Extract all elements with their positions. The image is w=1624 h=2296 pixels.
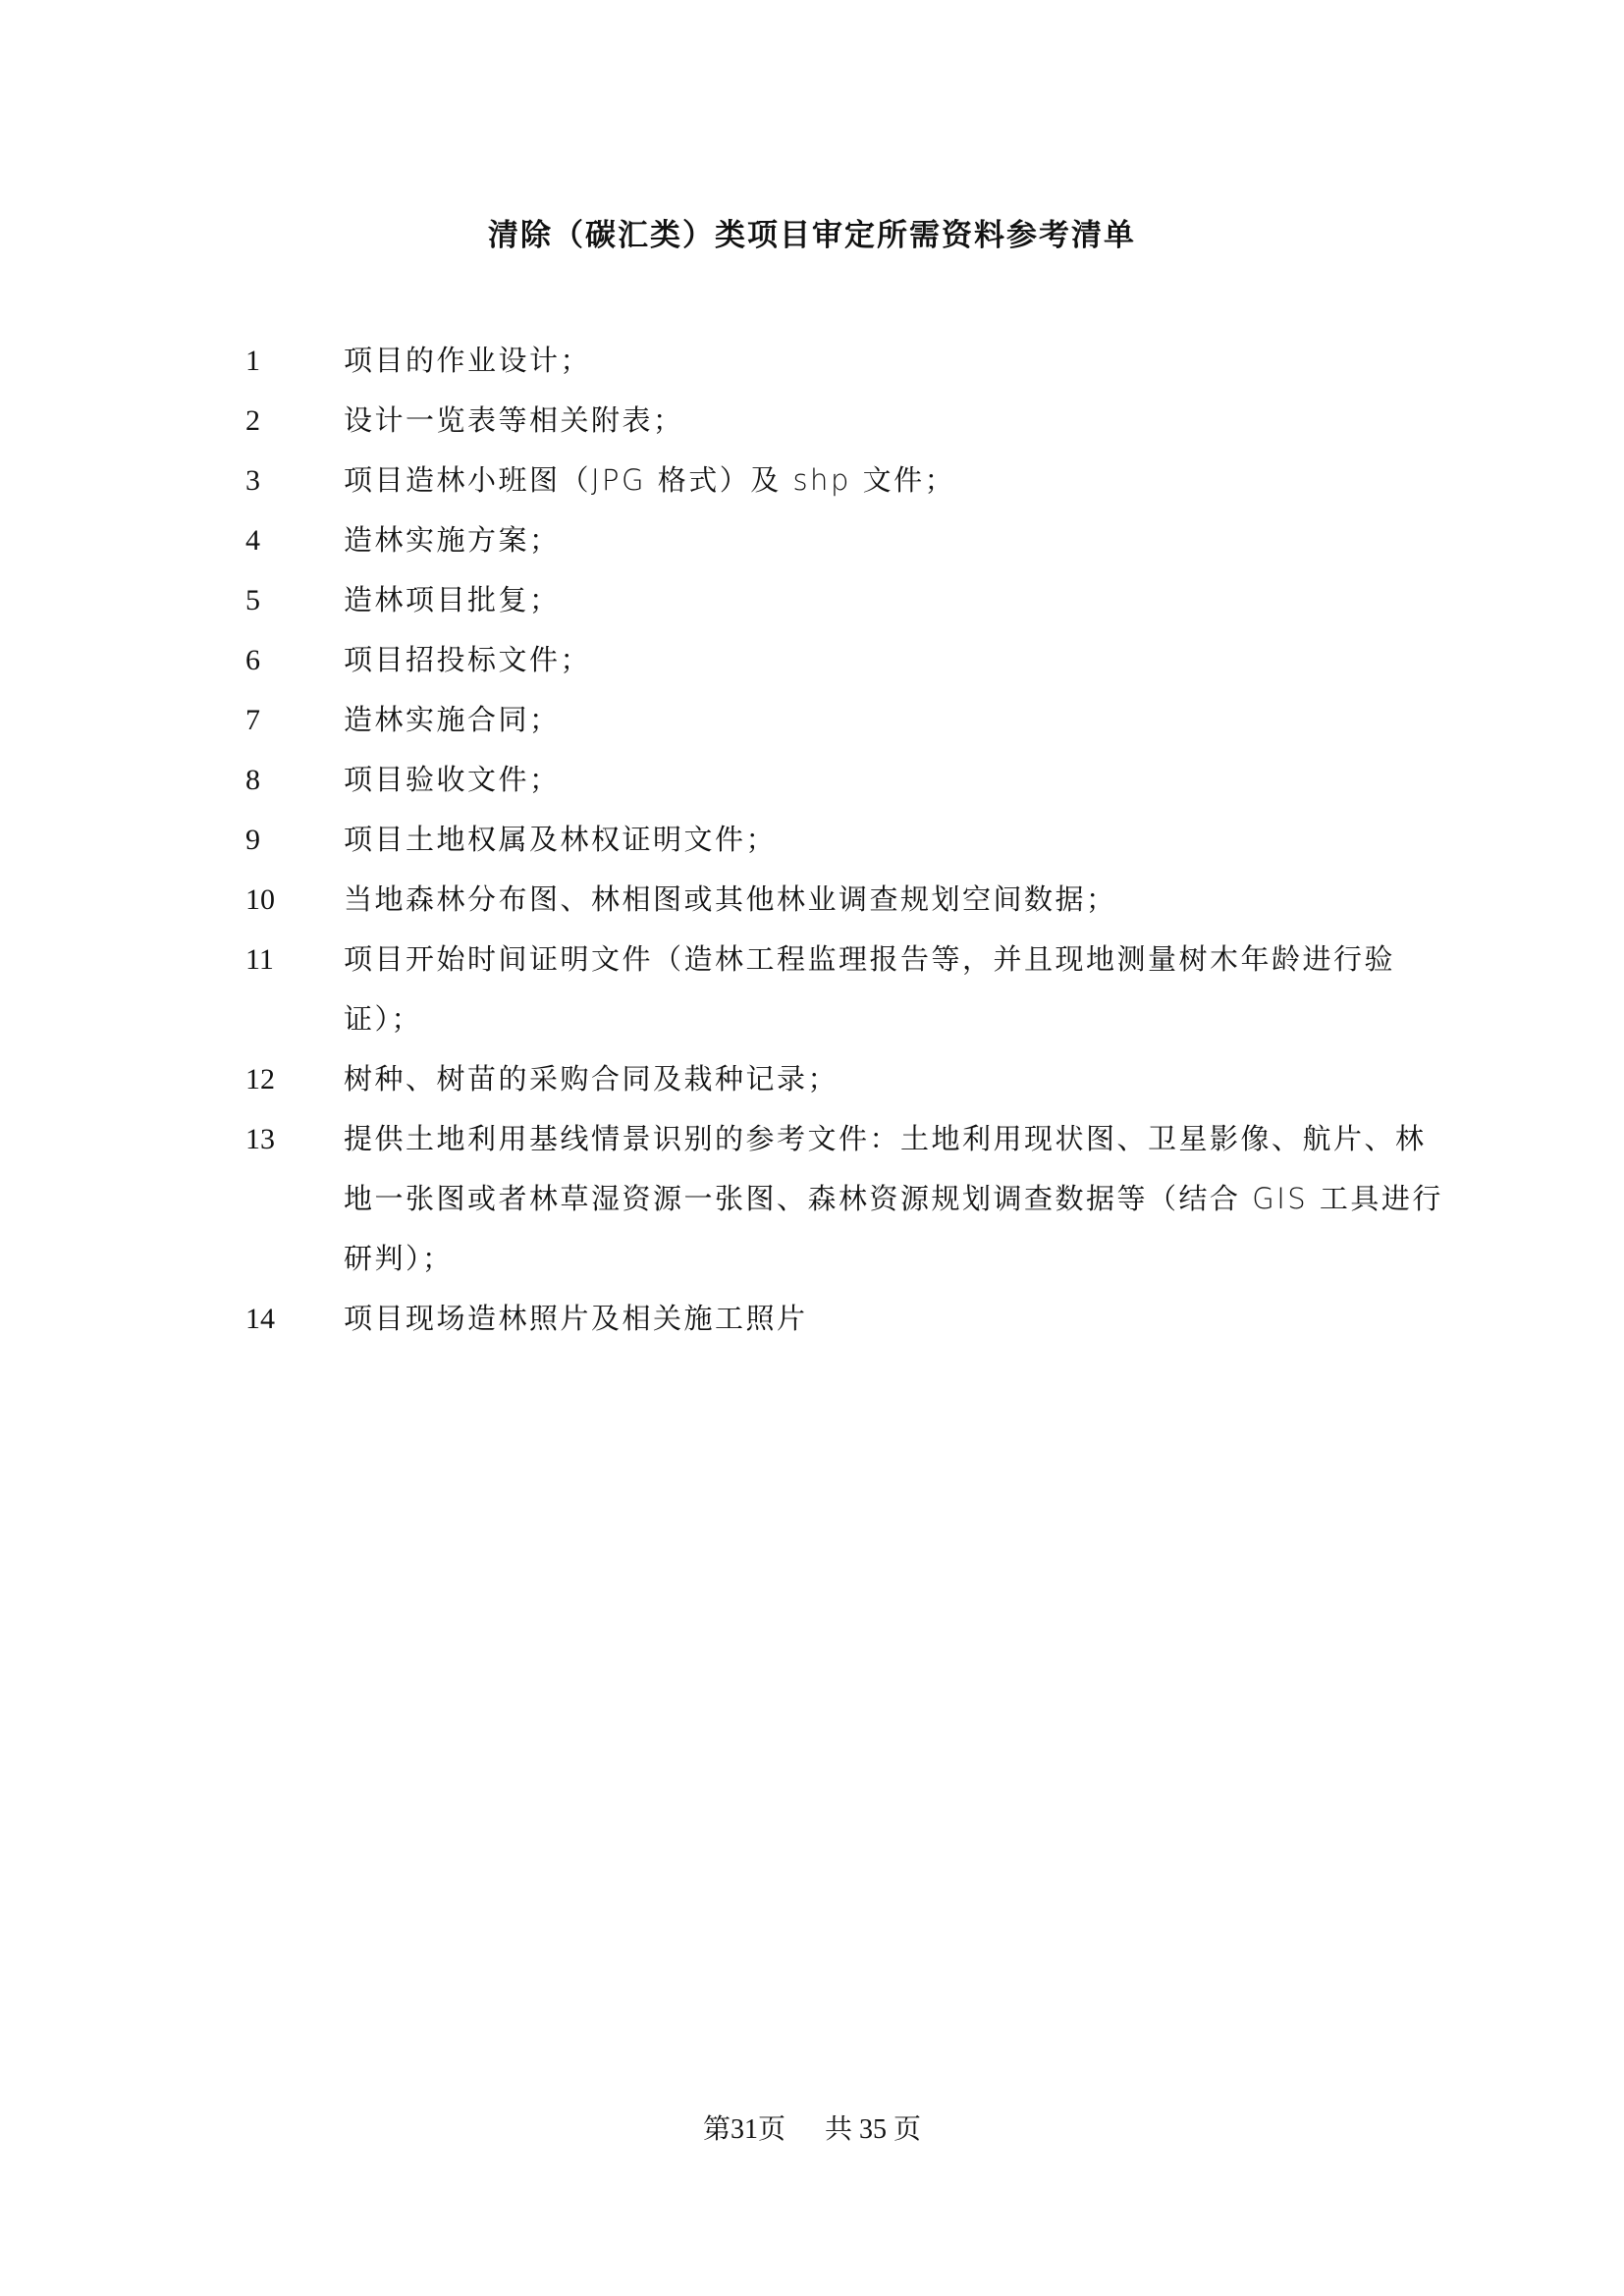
item-number: 8 <box>245 750 344 810</box>
list-item: 3 项目造林小班图（JPG 格式）及 shp 文件； <box>245 451 1473 510</box>
item-number: 7 <box>245 690 344 750</box>
item-number: 14 <box>245 1289 344 1349</box>
item-number: 12 <box>245 1049 344 1109</box>
item-number: 3 <box>245 451 344 510</box>
list-item: 13 提供土地利用基线情景识别的参考文件：土地利用现状图、卫星影像、航片、林地一… <box>245 1109 1473 1289</box>
list-item: 5 造林项目批复； <box>245 570 1473 630</box>
item-number: 5 <box>245 570 344 630</box>
list-item: 12 树种、树苗的采购合同及栽种记录； <box>245 1049 1473 1109</box>
list-item: 6 项目招投标文件； <box>245 630 1473 690</box>
item-text: 造林项目批复； <box>344 570 1453 630</box>
list-item: 11 项目开始时间证明文件（造林工程监理报告等，并且现地测量树木年龄进行验证）； <box>245 930 1473 1049</box>
item-text: 提供土地利用基线情景识别的参考文件：土地利用现状图、卫星影像、航片、林地一张图或… <box>344 1109 1453 1289</box>
item-number: 10 <box>245 870 344 930</box>
list-item: 8 项目验收文件； <box>245 750 1473 810</box>
item-text: 项目土地权属及林权证明文件； <box>344 810 1453 870</box>
item-text: 项目招投标文件； <box>344 630 1453 690</box>
item-text: 当地森林分布图、林相图或其他林业调查规划空间数据； <box>344 870 1453 930</box>
total-pages-label: 共 35 页 <box>825 2108 921 2147</box>
item-number: 11 <box>245 930 344 989</box>
item-text: 树种、树苗的采购合同及栽种记录； <box>344 1049 1453 1109</box>
list-item: 10 当地森林分布图、林相图或其他林业调查规划空间数据； <box>245 870 1473 930</box>
page-title: 清除（碳汇类）类项目审定所需资料参考清单 <box>0 210 1624 254</box>
list-item: 2 设计一览表等相关附表； <box>245 391 1473 451</box>
item-number: 6 <box>245 630 344 690</box>
item-text: 项目验收文件； <box>344 750 1453 810</box>
item-number: 13 <box>245 1109 344 1169</box>
item-text: 项目现场造林照片及相关施工照片 <box>344 1289 1453 1349</box>
list-item: 1 项目的作业设计； <box>245 331 1473 391</box>
list-item: 4 造林实施方案； <box>245 510 1473 570</box>
list-item: 14 项目现场造林照片及相关施工照片 <box>245 1289 1473 1349</box>
item-number: 1 <box>245 331 344 391</box>
item-text: 项目的作业设计； <box>344 331 1453 391</box>
item-number: 2 <box>245 391 344 451</box>
item-text: 设计一览表等相关附表； <box>344 391 1453 451</box>
item-text: 项目造林小班图（JPG 格式）及 shp 文件； <box>344 451 1453 510</box>
item-text: 项目开始时间证明文件（造林工程监理报告等，并且现地测量树木年龄进行验证）； <box>344 930 1453 1049</box>
current-page-label: 第31页 <box>703 2108 785 2147</box>
requirements-list: 1 项目的作业设计； 2 设计一览表等相关附表； 3 项目造林小班图（JPG 格… <box>245 331 1473 1349</box>
item-number: 9 <box>245 810 344 870</box>
page-footer: 第31页共 35 页 <box>0 2108 1624 2147</box>
list-item: 7 造林实施合同； <box>245 690 1473 750</box>
item-number: 4 <box>245 510 344 570</box>
item-text: 造林实施合同； <box>344 690 1453 750</box>
item-text: 造林实施方案； <box>344 510 1453 570</box>
list-item: 9 项目土地权属及林权证明文件； <box>245 810 1473 870</box>
